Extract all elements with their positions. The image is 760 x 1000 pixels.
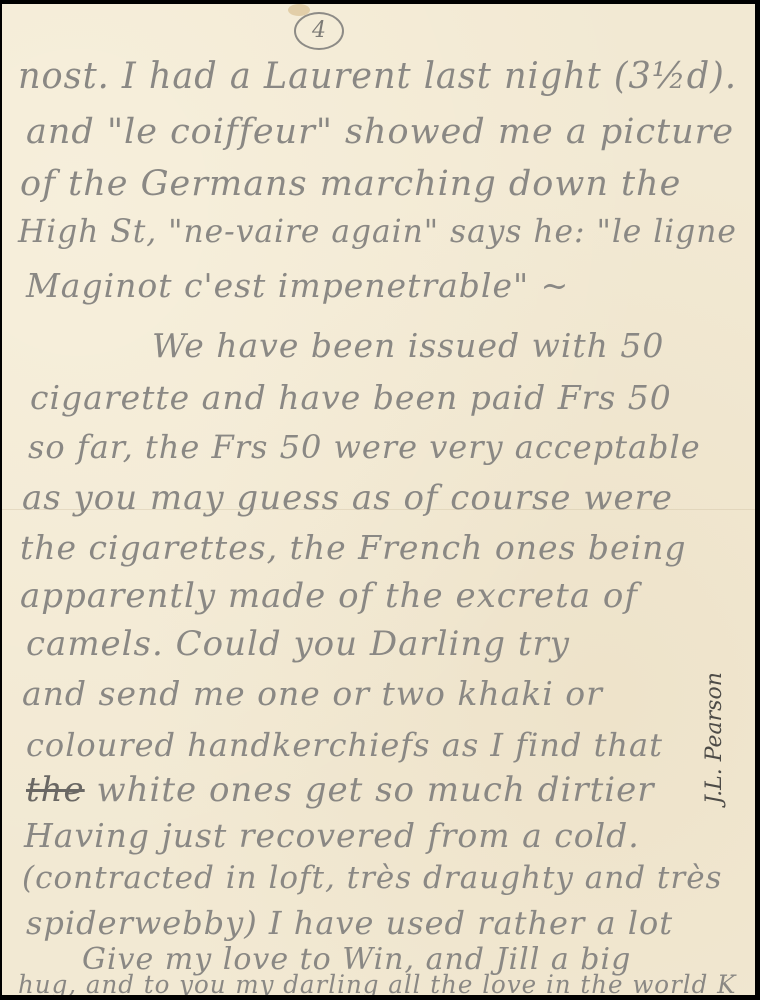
- letter-line-11: apparently made of the excreta of: [20, 576, 638, 616]
- letter-line-17: (contracted in loft, très draughty and t…: [22, 860, 722, 896]
- letter-line-13: and send me one or two khaki or: [22, 674, 603, 713]
- letter-line-16: Having just recovered from a cold.: [24, 816, 640, 855]
- letter-line-12: camels. Could you Darling try: [26, 624, 570, 664]
- letter-line-2: and "le coiffeur" showed me a picture: [26, 112, 734, 152]
- letter-line-10: the cigarettes, the French ones being: [20, 528, 687, 567]
- letter-line-15: the white ones get so much dirtier: [26, 770, 654, 810]
- letter-line-7: cigarette and have been paid Frs 50: [30, 378, 672, 417]
- letter-line-14: coloured handkerchiefs as I find that: [26, 726, 663, 764]
- letter-line-3: of the Germans marching down the: [20, 164, 681, 204]
- letter-line-6: We have been issued with 50: [152, 326, 664, 365]
- letter-page: 4 nost. I had a Laurent last night (3½d)…: [2, 4, 755, 995]
- letter-line-8: so far, the Frs 50 were very acceptable: [28, 428, 701, 466]
- letter-line-4: High St, "ne-vaire again" says he: "le l…: [18, 212, 737, 250]
- margin-signature-note: J.L. Pearson: [702, 672, 727, 804]
- circled-page-number: 4: [294, 12, 344, 50]
- letter-line-1: nost. I had a Laurent last night (3½d).: [18, 56, 737, 97]
- crossed-out-word: the: [26, 770, 85, 810]
- letter-line-15-text: white ones get so much dirtier: [97, 770, 655, 810]
- letter-line-5: Maginot c'est impenetrable" ~: [26, 266, 569, 305]
- letter-line-20: hug, and to you my darling all the love …: [18, 970, 736, 995]
- letter-line-18: spiderwebby) I have used rather a lot: [26, 904, 673, 942]
- letter-line-9: as you may guess as of course were: [22, 478, 673, 518]
